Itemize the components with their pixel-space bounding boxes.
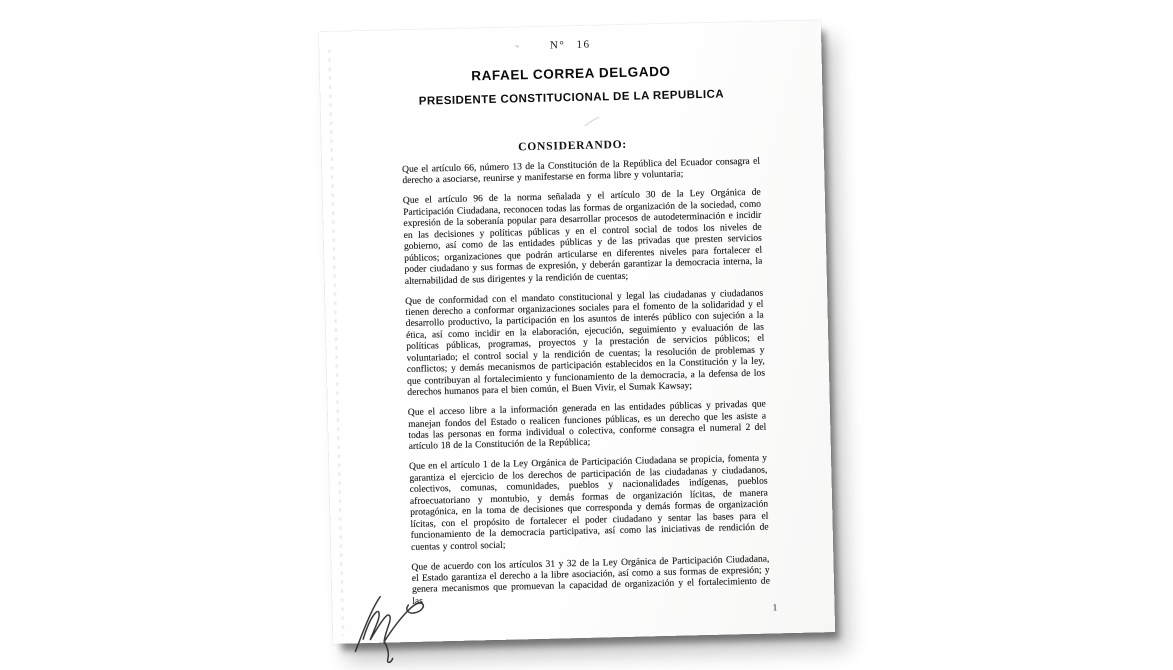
document-page: N° 16 RAFAEL CORREA DELGADO PRESIDENTE C…: [319, 20, 835, 644]
pencil-smudge: [583, 115, 601, 127]
considerando-paragraph: Que en el artículo 1 de la Ley Orgánica …: [409, 453, 769, 553]
scan-background: N° 16 RAFAEL CORREA DELGADO PRESIDENTE C…: [0, 0, 1173, 670]
considerando-paragraph: Que de acuerdo con los artículos 31 y 32…: [411, 553, 770, 607]
page-number: 1: [772, 603, 777, 613]
considerando-paragraph: Que el artículo 66, número 13 de la Cons…: [402, 156, 760, 187]
signature-initials: [344, 587, 438, 670]
section-heading: CONSIDERANDO:: [322, 134, 824, 158]
author-name: RAFAEL CORREA DELGADO: [320, 60, 822, 87]
considerando-paragraph: Que de conformidad con el mandato consti…: [405, 287, 765, 398]
considerando-paragraph: Que el artículo 96 de la norma señalada …: [403, 187, 763, 287]
considerando-paragraph: Que el acceso libre a la información gen…: [408, 399, 767, 453]
author-title: PRESIDENTE CONSTITUCIONAL DE LA REPUBLIC…: [320, 86, 822, 110]
considerando-paragraphs: Que el artículo 66, número 13 de la Cons…: [402, 156, 771, 616]
scan-fold-artifact: [328, 50, 344, 636]
decree-number: N° 16: [319, 33, 821, 57]
